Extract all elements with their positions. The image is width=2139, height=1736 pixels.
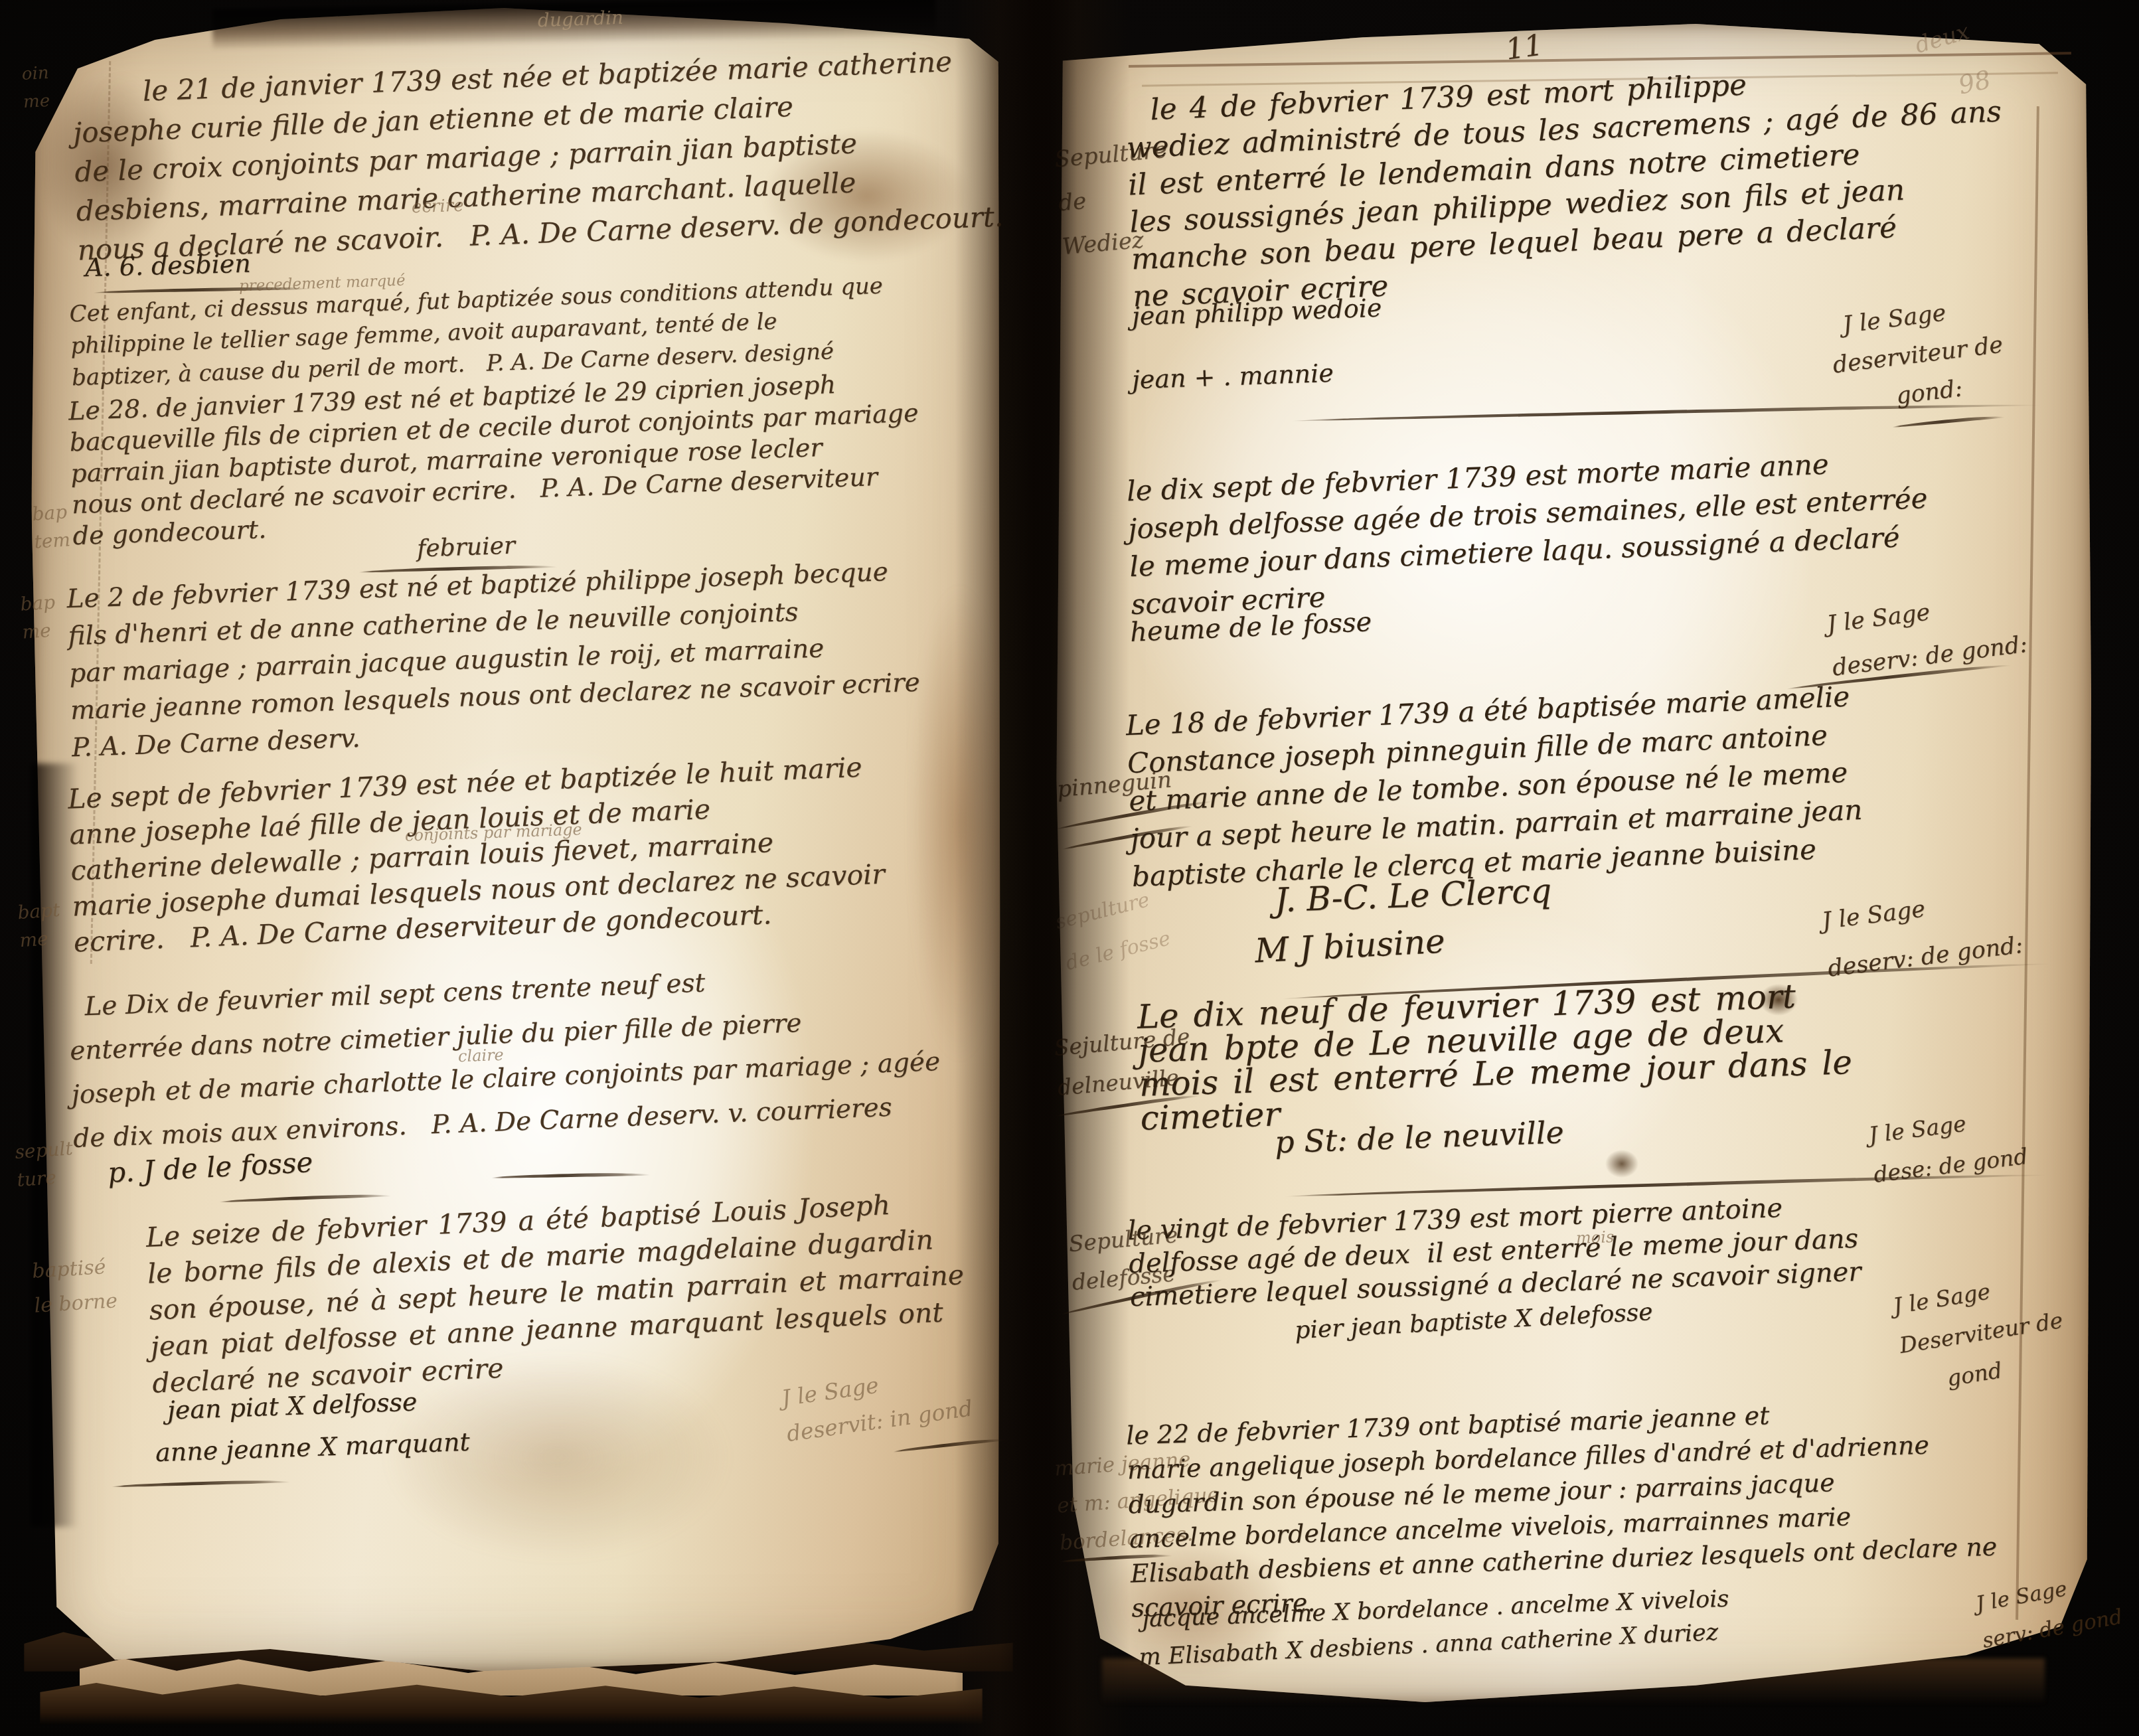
interline-note-claire: claire [458,1046,505,1065]
margin-note-bapteme: baptme [17,896,63,955]
interline-note-ecrire: ecrire [412,196,465,218]
entry-baptism-feb7: Le sept de febvrier 1739 est née et bapt… [67,749,887,961]
text-line: bapt [17,896,61,927]
entry-baptism-feb16: Le seize de febvrier 1739 a été baptisé … [145,1184,968,1401]
entry-burial-feb17: le dix sept de febvrier 1739 est morte m… [1126,441,1931,623]
text-line: ture [16,1162,76,1194]
month-heading-february: februier [416,532,515,562]
entry-baptism-jan21: le 21 de janvier 1739 est née et baptizé… [71,40,1004,270]
margin-note-baptise-le-borne: baptiséle borne [31,1249,119,1323]
page-number: 11 [1504,28,1545,66]
signature-desbien: A. 6. desbien [84,249,251,283]
signature-lesage-5: J le SageDeserviteur de gond [1890,1261,2071,1405]
page-stack-dark-band [40,1678,983,1725]
text-line: me [21,616,58,647]
margin-note-bapteme: baptem [31,498,71,556]
text-line: sepult [14,1135,74,1166]
signature-lesage-1: J le Sagedeserviteur de gond: [1826,287,2010,423]
text-line: me [23,87,51,116]
entry-baptism-jan28: Le 28. de janvier 1739 est né et baptizé… [68,366,922,552]
top-edge-text-fragment: dugardin [537,7,623,31]
entry-baptism-feb22: le 22 de febvrier 1739 ont baptisé marie… [1125,1391,1998,1626]
margin-note-fragment: oinme [21,59,51,116]
manuscript-photo: dugardin oinme le 21 de janvier 1739 est… [0,0,2139,1736]
text-line: tem [33,526,71,556]
text-line: baptisé [31,1249,117,1289]
entry-baptism-feb18: Le 18 de febvrier 1739 a été baptisée ma… [1125,677,1865,896]
entry-burial-feb19: Le dix neuf de feuvrier 1739 est mortjea… [1137,978,1854,1136]
text-line: oin [21,59,50,88]
entry-burial-feb10: Le Dix de feuvrier mil sept cens trente … [67,953,942,1161]
entry-baptism-feb2: Le 2 de febvrier 1739 est né et baptizé … [66,553,922,767]
margin-note-sepulture: sepultture [14,1135,76,1194]
entry-burial-feb4: le 4 de febvrier 1739 est mort philippew… [1125,56,2009,316]
text-line: bap [31,498,69,528]
interline-note-mois: mois [1576,1227,1615,1247]
text-line: me [19,924,63,955]
text-line: bap [19,588,56,619]
margin-note-bapteme: bapme [19,588,58,646]
text-line: le borne [33,1284,119,1324]
